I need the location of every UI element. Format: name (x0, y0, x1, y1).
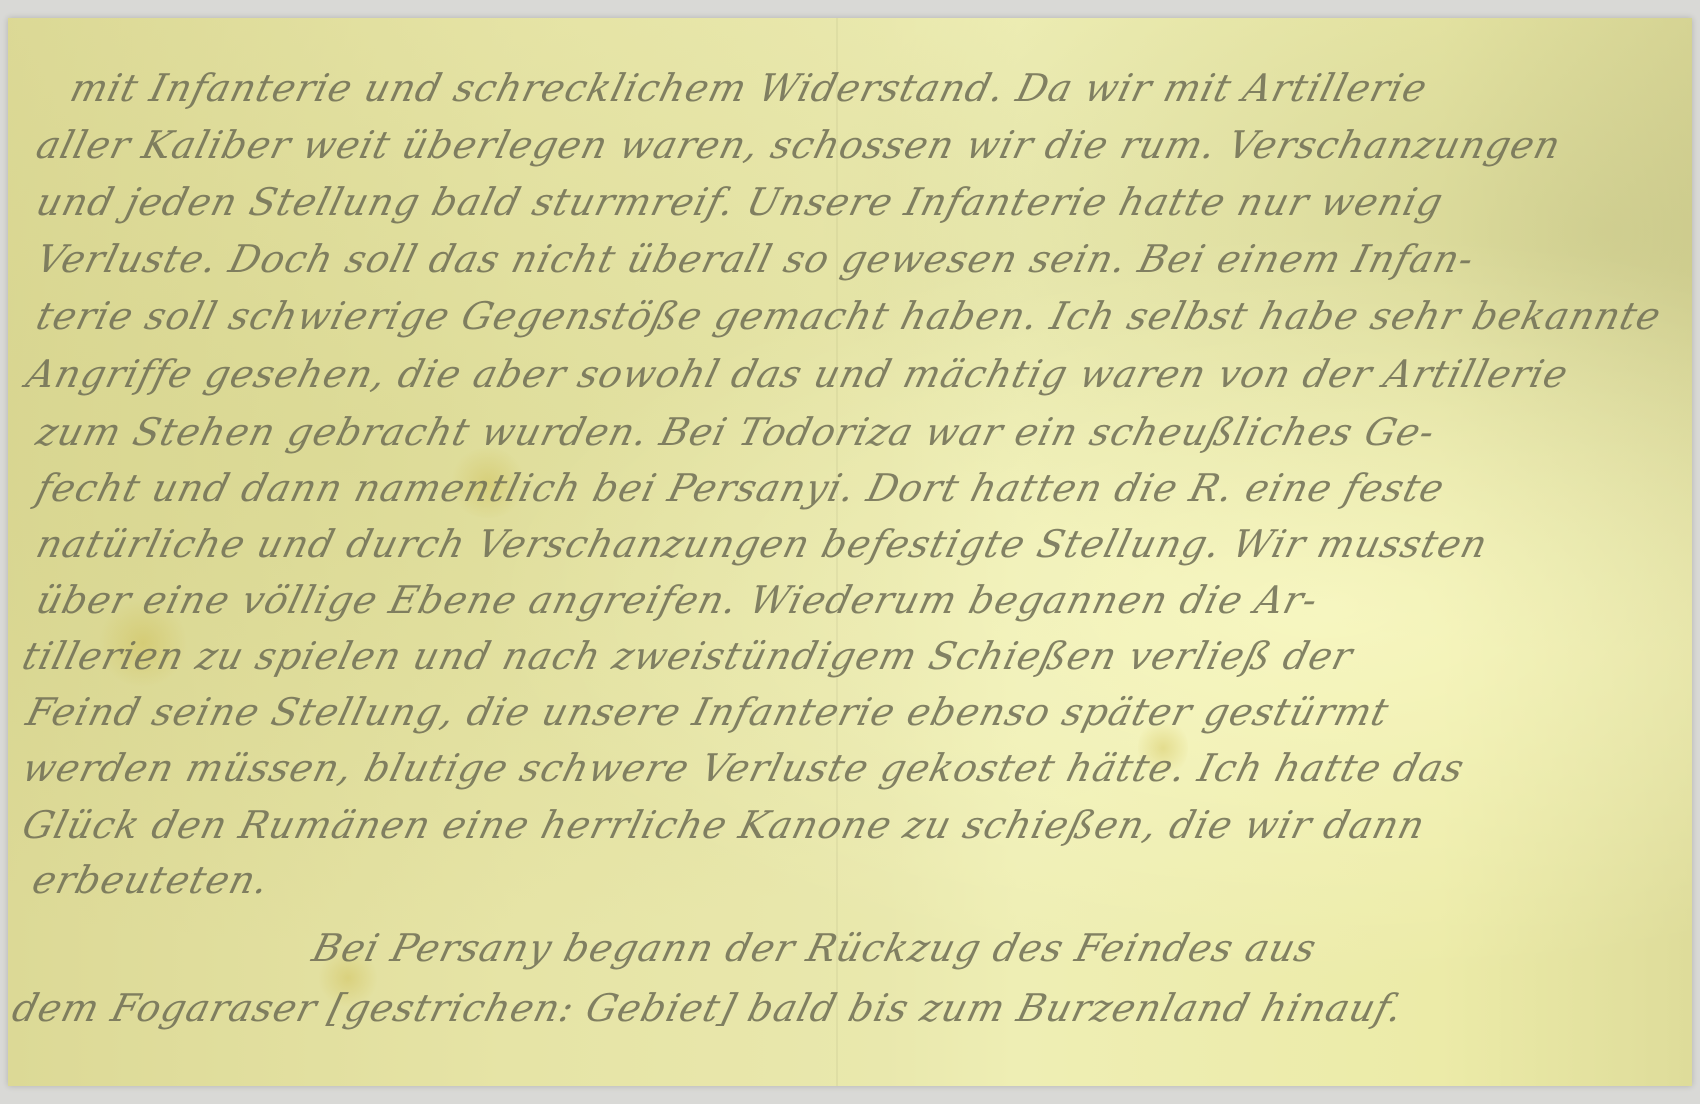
text-line-1: mit Infanterie und schrecklichem Widerst… (66, 66, 1432, 110)
text-line-3: und jeden Stellung bald sturmreif. Unser… (32, 180, 1448, 224)
text-line-16: Bei Persany begann der Rückzug des Feind… (308, 926, 1321, 970)
text-line-13: werden müssen, blutige schwere Verluste … (18, 746, 1469, 790)
text-line-4: Verluste. Doch soll das nicht überall so… (32, 237, 1479, 281)
text-line-6: Angriffe gesehen, die aber sowohl das un… (22, 352, 1573, 396)
text-line-14: Glück den Rumänen eine herrliche Kanone … (18, 803, 1430, 847)
text-line-10: über eine völlige Ebene angreifen. Wiede… (32, 578, 1323, 622)
text-line-17: dem Fogaraser [gestrichen: Gebiet] bald … (8, 986, 1408, 1030)
text-line-11: tillerien zu spielen und nach zweistündi… (18, 634, 1358, 678)
text-line-2: aller Kaliber weit überlegen waren, scho… (32, 123, 1566, 167)
letter-page: mit Infanterie und schrecklichem Widerst… (8, 18, 1692, 1086)
text-line-15: erbeuteten. (28, 858, 274, 902)
text-line-9: natürliche und durch Verschanzungen befe… (32, 522, 1493, 566)
text-line-5: terie soll schwierige Gegenstöße gemacht… (32, 294, 1666, 338)
text-line-8: fecht und dann namentlich bei Persanyi. … (32, 466, 1449, 510)
text-line-12: Feind seine Stellung, die unsere Infante… (22, 690, 1394, 734)
text-line-7: zum Stehen gebracht wurden. Bei Todoriza… (32, 410, 1440, 454)
